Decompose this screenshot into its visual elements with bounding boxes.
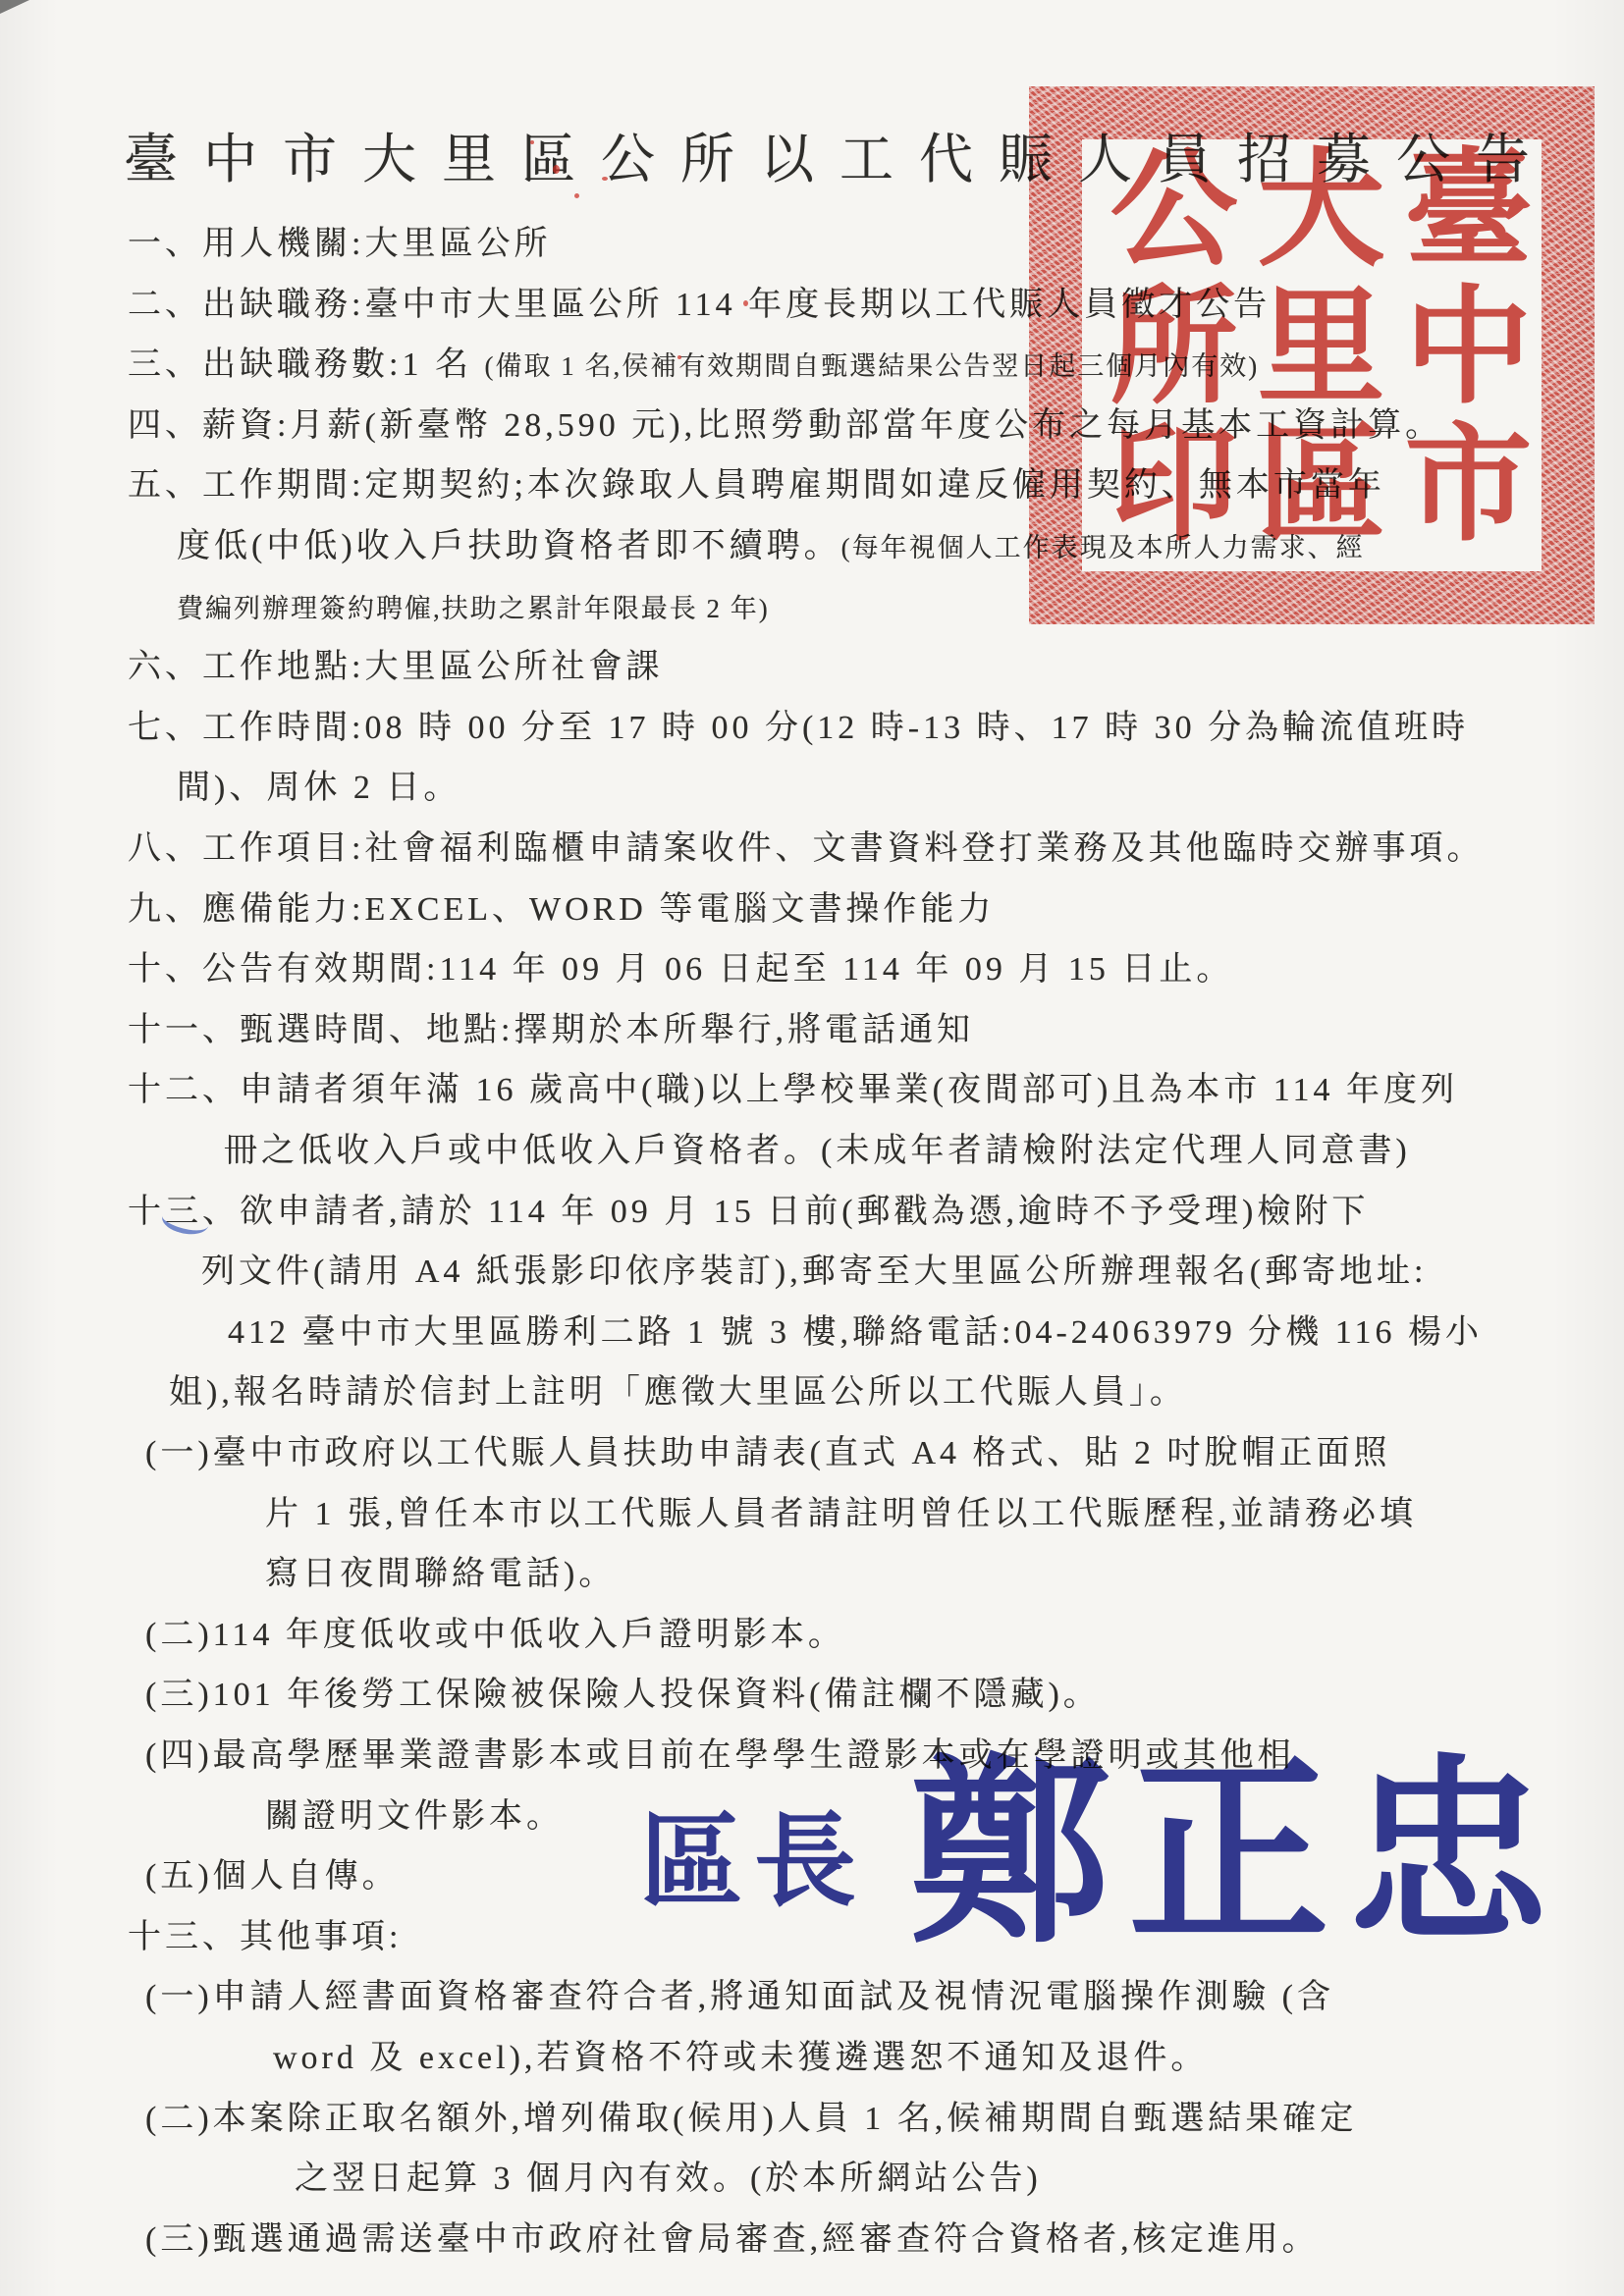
doc-line-text: (每年視個人工作表現及本所人力需求、經 <box>841 533 1365 562</box>
doc-line-text: 二、出缺職務:臺中市大里區公所 114 年度長期以工代賑人員徵才公告 <box>128 287 1271 323</box>
doc-line: word 及 excel),若資格不符或未獲遴選恕不通知及退件。 <box>273 2034 1208 2083</box>
doc-line: 姐),報名時請於信封上註明「應徵大里區公所以工代賑人員」。 <box>169 1368 1187 1417</box>
doc-line-text: 冊之低收入戶或中低收入戶資格者。(未成年者請檢附法定代理人同意書) <box>224 1133 1411 1169</box>
signature-name: 鄭正忠 <box>909 1755 1566 1956</box>
doc-line: 十、公告有效期間:114 年 09 月 06 日起至 114 年 09 月 15… <box>128 945 1233 994</box>
ink-speckle <box>553 165 560 174</box>
doc-line-text: 度低(中低)收入戶扶助資格者即不續聘。 <box>177 528 841 564</box>
doc-line: 十二、申請者須年滿 16 歲高中(職)以上學校畢業(夜間部可)且為本市 114 … <box>128 1066 1458 1115</box>
doc-line-text: 十一、甄選時間、地點:擇期於本所舉行,將電話通知 <box>128 1012 974 1048</box>
doc-line: (三)101 年後勞工保險被保險人投保資料(備註欄不隱藏)。 <box>145 1671 1101 1720</box>
doc-line-text: (一)臺中市政府以工代賑人員扶助申請表(直式 A4 格式、貼 2 吋脫帽正面照 <box>145 1435 1391 1471</box>
doc-line: 七、工作時間:08 時 00 分至 17 時 00 分(12 時-13 時、17… <box>128 704 1469 753</box>
doc-line-text: word 及 excel),若資格不符或未獲遴選恕不通知及退件。 <box>273 2040 1208 2076</box>
ink-speckle <box>530 140 534 144</box>
doc-line-text: 間)、周休 2 日。 <box>177 770 460 806</box>
chief-signature-stamp: 區長 鄭正忠 <box>640 1755 1566 1956</box>
doc-line-text: 列文件(請用 A4 紙張影印依序裝訂),郵寄至大里區公所辦理報名(郵寄地址: <box>201 1254 1427 1290</box>
doc-line-text: 一、用人機關:大里區公所 <box>128 226 551 262</box>
ink-speckle <box>677 355 681 359</box>
doc-line-text: (五)個人自傳。 <box>145 1858 400 1895</box>
doc-line-text: 十、公告有效期間:114 年 09 月 06 日起至 114 年 09 月 15… <box>128 951 1233 988</box>
doc-line: 度低(中低)收入戶扶助資格者即不續聘。(每年視個人工作表現及本所人力需求、經 <box>177 522 1365 572</box>
doc-line: (一)申請人經書面資格審查符合者,將通知面試及視情況電腦操作測驗 (含 <box>145 1973 1334 2022</box>
doc-line: (三)甄選通過需送臺中市政府社會局審查,經審查符合資格者,核定進用。 <box>145 2216 1320 2265</box>
doc-line: 之翌日起算 3 個月內有效。(於本所網站公告) <box>295 2155 1042 2204</box>
doc-line-text: 寫日夜間聯絡電話)。 <box>265 1556 616 1592</box>
doc-line-text: 十三、欲申請者,請於 114 年 09 月 15 日前(郵戳為憑,逾時不予受理)… <box>128 1194 1369 1230</box>
doc-line-text: (三)101 年後勞工保險被保險人投保資料(備註欄不隱藏)。 <box>145 1677 1101 1713</box>
doc-line-text: 六、工作地點:大里區公所社會課 <box>128 649 663 685</box>
doc-line-text: 三、出缺職務數:1 名 <box>128 347 484 383</box>
doc-line-text: (二)本案除正取名額外,增列備取(候用)人員 1 名,候補期間自甄選結果確定 <box>145 2101 1357 2137</box>
doc-line: 九、應備能力:EXCEL、WORD 等電腦文書操作能力 <box>128 885 995 934</box>
doc-line-text: (備取 1 名,侯補有效期間自甄選結果公告翌日起三個月內有效) <box>484 351 1259 381</box>
doc-line: 寫日夜間聯絡電話)。 <box>265 1550 616 1599</box>
document-title: 臺中市大里區公所以工代賑人員招募公告 <box>124 116 1555 193</box>
doc-line-text: 片 1 張,曾任本市以工代賑人員者請註明曾任以工代賑歷程,並請務必填 <box>265 1496 1417 1532</box>
scanned-announcement-page: 臺中市大里區公所以工代賑人員招募公告 一、用人機關:大里區公所二、出缺職務:臺中… <box>0 0 1624 2296</box>
doc-line: 十一、甄選時間、地點:擇期於本所舉行,將電話通知 <box>128 1006 974 1055</box>
doc-line-text: 十三、其他事項: <box>128 1919 402 1955</box>
doc-line-text: 關證明文件影本。 <box>265 1798 564 1835</box>
doc-line-text: (四)最高學歷畢業證書影本或目前在學學生證影本或在學證明或其他相 <box>145 1737 1295 1774</box>
doc-line-text: 412 臺中市大里區勝利二路 1 號 3 樓,聯絡電話:04-24063979 … <box>228 1314 1483 1351</box>
doc-line: 片 1 張,曾任本市以工代賑人員者請註明曾任以工代賑歷程,並請務必填 <box>265 1490 1417 1539</box>
doc-line: (二)114 年度低收或中低收入戶證明影本。 <box>145 1611 845 1660</box>
doc-line-text: (二)114 年度低收或中低收入戶證明影本。 <box>145 1617 845 1653</box>
doc-line-text: 九、應備能力:EXCEL、WORD 等電腦文書操作能力 <box>128 891 995 928</box>
doc-line: 關證明文件影本。 <box>265 1792 564 1842</box>
doc-line: 列文件(請用 A4 紙張影印依序裝訂),郵寄至大里區公所辦理報名(郵寄地址: <box>201 1248 1427 1297</box>
doc-line-text: 費編列辦理簽約聘僱,扶助之累計年限最長 2 年) <box>177 594 770 623</box>
doc-line: 十三、欲申請者,請於 114 年 09 月 15 日前(郵戳為憑,逾時不予受理)… <box>128 1188 1369 1237</box>
doc-line-text: 之翌日起算 3 個月內有效。(於本所網站公告) <box>295 2161 1042 2197</box>
doc-line: (二)本案除正取名額外,增列備取(候用)人員 1 名,候補期間自甄選結果確定 <box>145 2095 1357 2144</box>
doc-line: 412 臺中市大里區勝利二路 1 號 3 樓,聯絡電話:04-24063979 … <box>228 1308 1483 1358</box>
doc-line: (四)最高學歷畢業證書影本或目前在學學生證影本或在學證明或其他相 <box>145 1732 1295 1781</box>
doc-line-text: 七、工作時間:08 時 00 分至 17 時 00 分(12 時-13 時、17… <box>128 710 1469 746</box>
doc-line-text: (三)甄選通過需送臺中市政府社會局審查,經審查符合資格者,核定進用。 <box>145 2221 1320 2258</box>
doc-line: 間)、周休 2 日。 <box>177 764 460 813</box>
doc-line: 一、用人機關:大里區公所 <box>128 220 551 269</box>
doc-line-text: 四、薪資:月薪(新臺幣 28,590 元),比照勞動部當年度公布之每月基本工資計… <box>128 407 1442 444</box>
doc-line: 五、工作期間:定期契約;本次錄取人員聘雇期間如違反僱用契約、無本市當年 <box>128 461 1385 510</box>
doc-line-text: 八、工作項目:社會福利臨櫃申請案收件、文書資料登打業務及其他臨時交辦事項。 <box>128 830 1484 867</box>
scan-corner-artifact <box>0 0 29 14</box>
doc-line: 二、出缺職務:臺中市大里區公所 114 年度長期以工代賑人員徵才公告 <box>128 281 1271 330</box>
doc-line: 六、工作地點:大里區公所社會課 <box>128 643 663 692</box>
ink-speckle <box>602 177 608 181</box>
doc-line-text: 姐),報名時請於信封上註明「應徵大里區公所以工代賑人員」。 <box>169 1374 1187 1411</box>
doc-line: 四、薪資:月薪(新臺幣 28,590 元),比照勞動部當年度公布之每月基本工資計… <box>128 401 1442 451</box>
ink-speckle <box>574 193 579 198</box>
ink-speckle <box>743 300 748 306</box>
doc-line: 費編列辦理簽約聘僱,扶助之累計年限最長 2 年) <box>177 583 770 633</box>
doc-line-text: 十二、申請者須年滿 16 歲高中(職)以上學校畢業(夜間部可)且為本市 114 … <box>128 1072 1458 1108</box>
doc-line: 十三、其他事項: <box>128 1913 402 1962</box>
doc-line: 冊之低收入戶或中低收入戶資格者。(未成年者請檢附法定代理人同意書) <box>224 1127 1411 1176</box>
doc-line-text: (一)申請人經書面資格審查符合者,將通知面試及視情況電腦操作測驗 (含 <box>145 1979 1334 2015</box>
signature-title: 區長 <box>640 1812 868 1914</box>
doc-line: (一)臺中市政府以工代賑人員扶助申請表(直式 A4 格式、貼 2 吋脫帽正面照 <box>145 1429 1391 1478</box>
doc-line: (五)個人自傳。 <box>145 1852 400 1901</box>
doc-line: 三、出缺職務數:1 名 (備取 1 名,侯補有效期間自甄選結果公告翌日起三個月內… <box>128 341 1259 391</box>
doc-line-text: 五、工作期間:定期契約;本次錄取人員聘雇期間如違反僱用契約、無本市當年 <box>128 467 1385 504</box>
doc-line: 八、工作項目:社會福利臨櫃申請案收件、文書資料登打業務及其他臨時交辦事項。 <box>128 825 1484 874</box>
